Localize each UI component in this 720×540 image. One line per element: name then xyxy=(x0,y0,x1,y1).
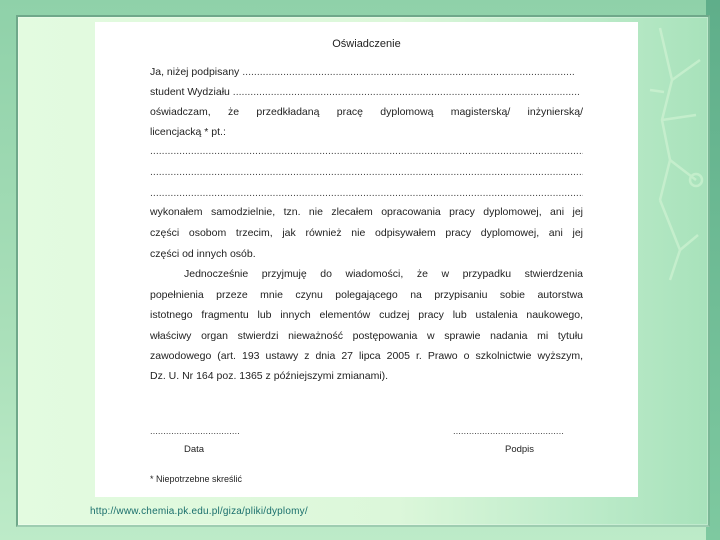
molecule-decoration-icon xyxy=(640,20,706,300)
faculty-fill-dots: ........................................… xyxy=(233,86,580,98)
slide-frame: Oświadczenie Ja, niżej podpisany .......… xyxy=(0,0,720,540)
source-url-link[interactable]: http://www.chemia.pk.edu.pl/giza/pliki/d… xyxy=(90,506,308,517)
document-title: Oświadczenie xyxy=(150,38,583,50)
signature-label: Podpis xyxy=(505,444,534,455)
faculty-label: student Wydziału xyxy=(150,86,233,98)
acknowledgement-text-line: istotnego fragmentu lub innych elementów… xyxy=(150,308,583,322)
declaration-text-line: wykonałem samodzielnie, tzn. nie zlecałe… xyxy=(150,205,583,219)
acknowledgement-text-line: Jednocześnie przyjmuję do wiadomości, że… xyxy=(150,267,583,281)
acknowledgement-text-line: popełnienia przeze mnie czynu polegające… xyxy=(150,288,583,302)
name-label: Ja, niżej podpisany xyxy=(150,66,242,78)
document-page: Oświadczenie Ja, niżej podpisany .......… xyxy=(95,22,638,497)
title-fill-dots-3: ........................................… xyxy=(150,186,583,200)
acknowledgement-text-line: zawodowego (art. 193 ustawy z dnia 27 li… xyxy=(150,349,583,363)
acknowledgement-text-line: właściwy organ stwierdzi nieważność post… xyxy=(150,329,583,343)
name-fill-dots: ........................................… xyxy=(242,66,575,78)
declaration-text-line: oświadczam, że przedkładaną pracę dyplom… xyxy=(150,105,583,119)
title-fill-dots-2: ........................................… xyxy=(150,165,583,179)
faculty-line: student Wydziału .......................… xyxy=(150,85,583,99)
name-line: Ja, niżej podpisany ....................… xyxy=(150,65,583,79)
declaration-text-line: części osobom trzecim, jak również nie o… xyxy=(150,226,583,240)
acknowledgement-text-line: Dz. U. Nr 164 poz. 1365 z późniejszymi z… xyxy=(150,369,583,383)
date-fill-dots: .................................. xyxy=(150,426,240,437)
signature-fill-dots: ........................................… xyxy=(453,426,564,437)
title-fill-dots-1: ........................................… xyxy=(150,144,583,158)
thesis-type-line: licencjacką * pt.: xyxy=(150,125,583,139)
date-label: Data xyxy=(184,444,204,455)
declaration-text-line: części od innych osób. xyxy=(150,247,583,261)
footnote: * Niepotrzebne skreślić xyxy=(150,474,242,484)
